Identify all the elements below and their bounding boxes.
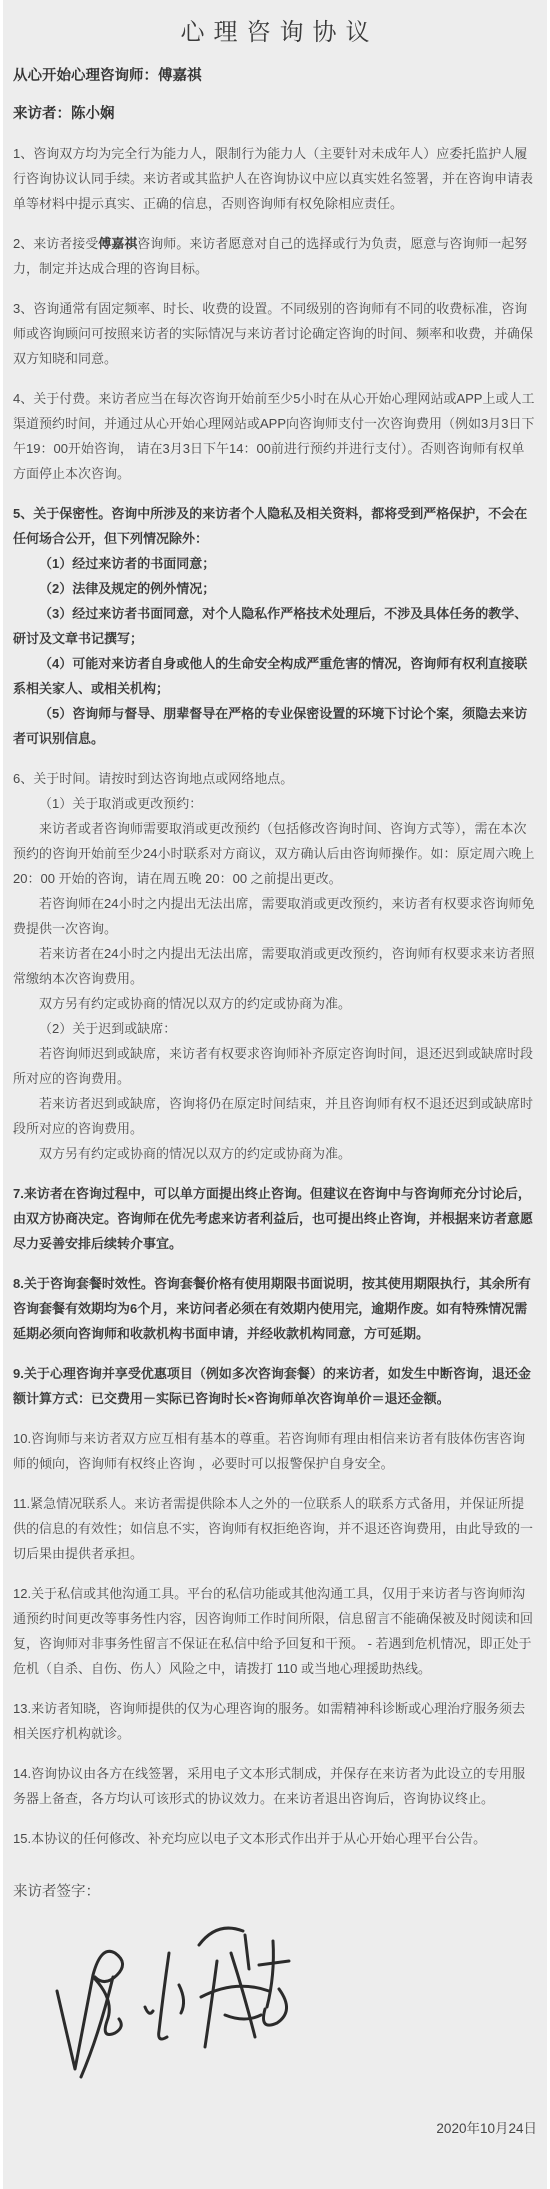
visitor-line: 来访者：陈小娴: [13, 103, 537, 125]
handwritten-signature: [49, 1917, 309, 2097]
agreement-document: 心理咨询协议 从心开始心理咨询师：傅嘉祺 来访者：陈小娴 1、咨询双方均为完全行…: [3, 0, 547, 2189]
clause-2-pre: 2、来访者接受: [13, 236, 98, 251]
clause-6-paragraph-9: 双方另有约定或协商的情况以双方的约定或协商为准。: [13, 1141, 537, 1166]
clause-5-item-3: （3）经过来访者书面同意，对个人隐私作严格技术处理后，不涉及具体任务的教学、研讨…: [13, 601, 537, 651]
counselor-name: 傅嘉祺: [98, 236, 137, 251]
date-label: 2020年10月24日: [13, 2119, 537, 2139]
clause-11: 11.紧急情况联系人。来访者需提供除本人之外的一位联系人的联系方式备用，并保证所…: [13, 1491, 537, 1566]
counselor-line: 从心开始心理咨询师：傅嘉祺: [13, 65, 537, 87]
clause-10: 10.咨询师与来访者双方应互相有基本的尊重。若咨询师有理由相信来访者有肢体伤害咨…: [13, 1426, 537, 1476]
clause-8: 8.关于咨询套餐时效性。咨询套餐价格有使用期限书面说明，按其使用期限执行，其余所…: [13, 1271, 537, 1346]
clause-12: 12.关于私信或其他沟通工具。平台的私信功能或其他沟通工具，仅用于来访者与咨询师…: [13, 1581, 537, 1681]
clause-1: 1、咨询双方均为完全行为能力人，限制行为能力人（主要针对未成年人）应委托监护人履…: [13, 141, 537, 216]
clause-2: 2、来访者接受傅嘉祺咨询师。来访者愿意对自己的选择或行为负责，愿意与咨询师一起努…: [13, 231, 537, 281]
clause-6-paragraph-5: 双方另有约定或协商的情况以双方的约定或协商为准。: [13, 991, 537, 1016]
clause-6-paragraph-3: 若咨询师在24小时之内提出无法出席，需要取消或更改预约，来访者有权要求咨询师免费…: [13, 891, 537, 941]
clause-4: 4、关于付费。来访者应当在每次咨询开始前至少5小时在从心开始心理网站或APP上或…: [13, 386, 537, 486]
clause-5-item-4: （4）可能对来访者自身或他人的生命安全构成严重危害的情况，咨询师有权利直接联系相…: [13, 651, 537, 701]
clause-5: 5、关于保密性。咨询中所涉及的来访者个人隐私及相关资料，都将受到严格保护，不会在…: [13, 501, 537, 751]
clause-6-paragraph-2: 来访者或者咨询师需要取消或更改预约（包括修改咨询时间、咨询方式等），需在本次预约…: [13, 816, 537, 891]
clause-6-paragraph-7: 若咨询师迟到或缺席，来访者有权要求咨询师补齐原定咨询时间，退还迟到或缺席时段所对…: [13, 1041, 537, 1091]
clause-6-paragraph-8: 若来访者迟到或缺席，咨询将仍在原定时间结束，并且咨询师有权不退还迟到或缺席时段所…: [13, 1091, 537, 1141]
clause-5-item-2: （2）法律及规定的例外情况；: [13, 576, 537, 601]
clause-13: 13.来访者知晓，咨询师提供的仅为心理咨询的服务。如需精神科诊断或心理治疗服务须…: [13, 1696, 537, 1746]
clause-14: 14.咨询协议由各方在线签署，采用电子文本形式制成，并保存在来访者为此设立的专用…: [13, 1761, 537, 1811]
signature-label: 来访者签字：: [13, 1881, 537, 1903]
clause-3: 3、咨询通常有固定频率、时长、收费的设置。不同级别的咨询师有不同的收费标准，咨询…: [13, 296, 537, 371]
clause-5-head: 5、关于保密性。咨询中所涉及的来访者个人隐私及相关资料，都将受到严格保护，不会在…: [13, 501, 537, 551]
clause-15: 15.本协议的任何修改、补充均应以电子文本形式作出并于从心开始心理平台公告。: [13, 1826, 537, 1851]
page-title: 心理咨询协议: [13, 12, 537, 47]
clause-6-paragraph-1: （1）关于取消或更改预约：: [13, 791, 537, 816]
clause-9: 9.关于心理咨询并享受优惠项目（例如多次咨询套餐）的来访者，如发生中断咨询，退还…: [13, 1361, 537, 1411]
clause-6-head: 6、关于时间。请按时到达咨询地点或网络地点。: [13, 766, 537, 791]
clause-7: 7.来访者在咨询过程中，可以单方面提出终止咨询。但建议在咨询中与咨询师充分讨论后…: [13, 1181, 537, 1256]
clause-6-paragraph-4: 若来访者在24小时之内提出无法出席，需要取消或更改预约，咨询师有权要求来访者照常…: [13, 941, 537, 991]
clause-5-item-5: （5）咨询师与督导、朋辈督导在严格的专业保密设置的环境下讨论个案，须隐去来访者可…: [13, 701, 537, 751]
clause-5-item-1: （1）经过来访者的书面同意；: [13, 551, 537, 576]
clause-6: 6、关于时间。请按时到达咨询地点或网络地点。 （1）关于取消或更改预约： 来访者…: [13, 766, 537, 1166]
clause-6-paragraph-6: （2）关于迟到或缺席：: [13, 1016, 537, 1041]
